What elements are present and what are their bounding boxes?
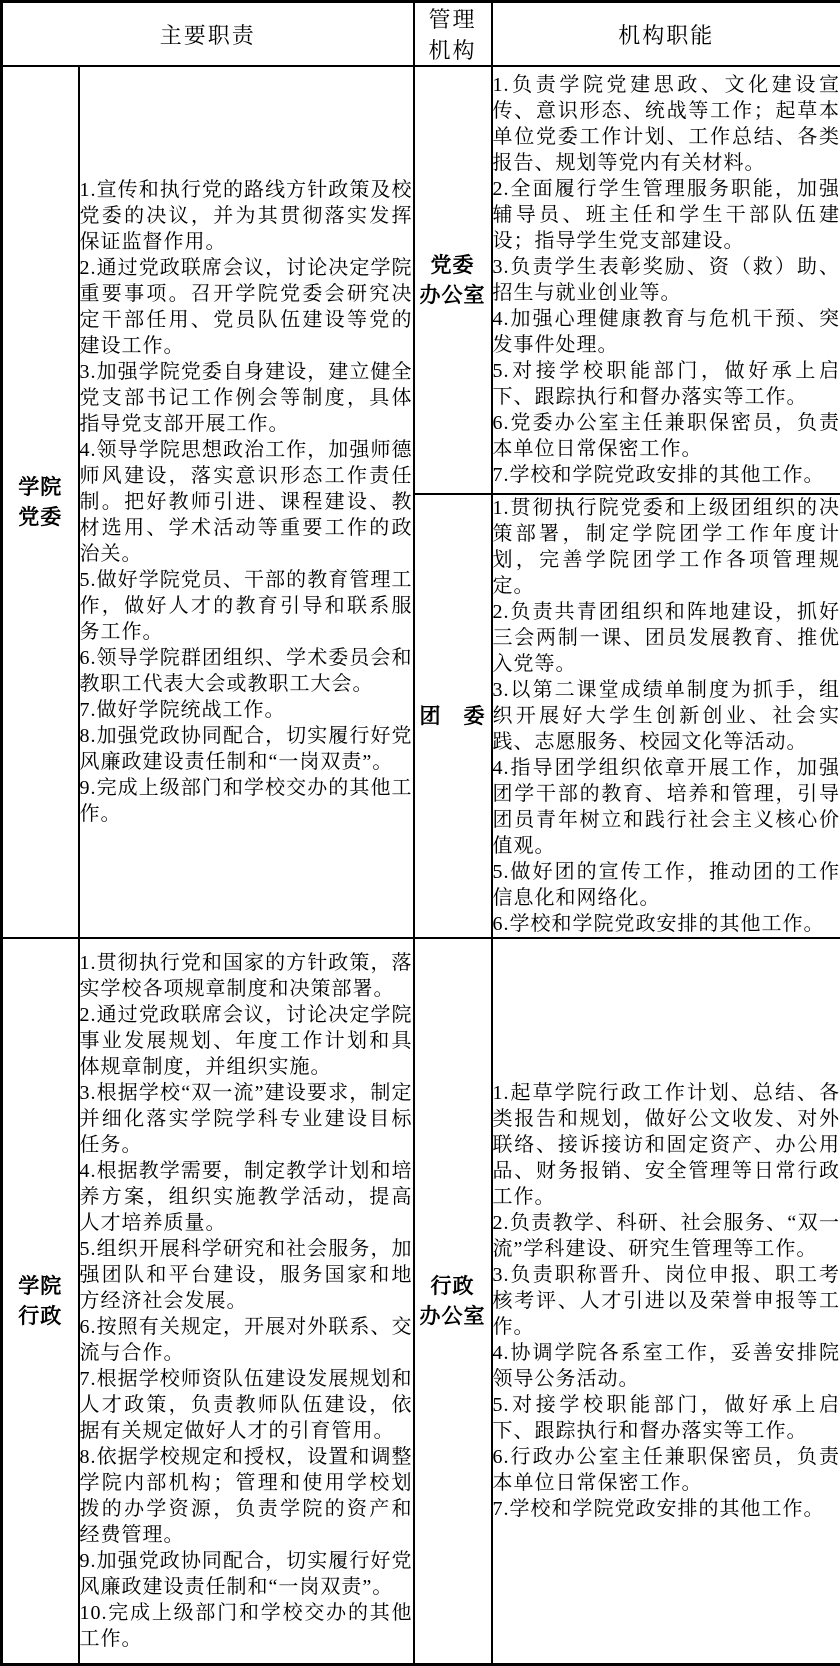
list-item: 8.加强党政协同配合，切实履行好党风廉政建设责任制和“一岗双责”。 <box>80 723 413 775</box>
list-item: 3.根据学校“双一流”建设要求，制定并细化落实学院学科专业建设目标任务。 <box>80 1080 413 1158</box>
document-page: 主要职责 管理 机构 机构职能 学院 党委 1.宣传和执行党的路线方针政策及校党… <box>0 0 840 1630</box>
functions-list-admin-office: 1.起草学院行政工作计划、总结、各类报告和规划，做好公文收发、对外联络、接诉接访… <box>493 1080 840 1522</box>
list-item: 6.领导学院群团组织、学术委员会和教职工代表大会或教职工大会。 <box>80 645 413 697</box>
list-item: 9.加强党政协同配合，切实履行好党风廉政建设责任制和“一岗双责”。 <box>80 1548 413 1600</box>
duties-college-party-committee: 1.宣传和执行党的路线方针政策及校党委的决议，并为其贯彻落实发挥保证监督作用。2… <box>79 66 414 938</box>
list-item: 1.宣传和执行党的路线方针政策及校党委的决议，并为其贯彻落实发挥保证监督作用。 <box>80 177 413 255</box>
list-item: 8.依据学校规定和授权，设置和调整学院内部机构；管理和使用学校划拨的办学资源，负… <box>80 1444 413 1548</box>
list-item: 2.全面履行学生管理服务职能，加强辅导员、班主任和学生干部队伍建设；指导学生党支… <box>493 176 840 254</box>
functions-party-committee-office: 1.负责学院党建思政、文化建设宣传、意识形态、统战等工作；起草本单位党委工作计划… <box>492 66 840 494</box>
list-item: 5.对接学校职能部门，做好承上启下、跟踪执行和督办落实等工作。 <box>493 1392 840 1444</box>
header-management-org: 管理 机构 <box>414 2 492 67</box>
list-item: 3.负责学生表彰奖励、资（救）助、招生与就业创业等。 <box>493 254 840 306</box>
list-item: 2.负责共青团组织和阵地建设，抓好三会两制一课、团员发展教育、推优入党等。 <box>493 599 840 677</box>
unit-label-college-administration: 学院 行政 <box>2 938 79 1664</box>
list-item: 6.学校和学院党政安排的其他工作。 <box>493 911 840 937</box>
duties-college-administration: 1.贯彻执行党和国家的方针政策，落实学校各项规章制度和决策部署。2.通过党政联席… <box>79 938 414 1664</box>
list-item: 2.负责教学、科研、社会服务、“双一流”学科建设、研究生管理等工作。 <box>493 1210 840 1262</box>
list-item: 4.协调学院各系室工作，妥善安排院领导公务活动。 <box>493 1340 840 1392</box>
list-item: 4.根据教学需要，制定教学计划和培养方案，组织实施教学活动，提高人才培养质量。 <box>80 1158 413 1236</box>
functions-list-youth-league: 1.贯彻执行院党委和上级团组织的决策部署，制定学院团学工作年度计划，完善学院团学… <box>493 495 840 937</box>
org-label-party-committee-office: 党委 办公室 <box>414 66 492 494</box>
list-item: 1.贯彻执行党和国家的方针政策，落实学校各项规章制度和决策部署。 <box>80 950 413 1002</box>
list-item: 7.做好学院统战工作。 <box>80 697 413 723</box>
list-item: 1.负责学院党建思政、文化建设宣传、意识形态、统战等工作；起草本单位党委工作计划… <box>493 72 840 176</box>
list-item: 9.完成上级部门和学校交办的其他工作。 <box>80 775 413 827</box>
functions-list-party-office: 1.负责学院党建思政、文化建设宣传、意识形态、统战等工作；起草本单位党委工作计划… <box>493 72 840 488</box>
org-duties-table: 主要职责 管理 机构 机构职能 学院 党委 1.宣传和执行党的路线方针政策及校党… <box>0 0 840 1666</box>
duties-list-admin: 1.贯彻执行党和国家的方针政策，落实学校各项规章制度和决策部署。2.通过党政联席… <box>80 950 413 1652</box>
org-label-youth-league-committee: 团 委 <box>414 494 492 938</box>
unit-label-college-party-committee: 学院 党委 <box>2 66 79 938</box>
list-item: 7.学校和学院党政安排的其他工作。 <box>493 1496 840 1522</box>
list-item: 1.起草学院行政工作计划、总结、各类报告和规划，做好公文收发、对外联络、接诉接访… <box>493 1080 840 1210</box>
row-party-office: 学院 党委 1.宣传和执行党的路线方针政策及校党委的决议，并为其贯彻落实发挥保证… <box>2 66 840 494</box>
row-admin-office: 学院 行政 1.贯彻执行党和国家的方针政策，落实学校各项规章制度和决策部署。2.… <box>2 938 840 1664</box>
list-item: 6.党委办公室主任兼职保密员，负责本单位日常保密工作。 <box>493 410 840 462</box>
list-item: 2.通过党政联席会议，讨论决定学院重要事项。召开学院党委会研究决定干部任用、党员… <box>80 255 413 359</box>
list-item: 6.按照有关规定，开展对外联系、交流与合作。 <box>80 1314 413 1366</box>
table-header-row: 主要职责 管理 机构 机构职能 <box>2 2 840 67</box>
header-org-functions: 机构职能 <box>492 2 840 67</box>
list-item: 2.通过党政联席会议，讨论决定学院事业发展规划、年度工作计划和具体规章制度，并组… <box>80 1002 413 1080</box>
list-item: 4.指导团学组织依章开展工作，加强团学干部的教育、培养和管理，引导团员青年树立和… <box>493 755 840 859</box>
list-item: 10.完成上级部门和学校交办的其他工作。 <box>80 1600 413 1652</box>
list-item: 4.加强心理健康教育与危机干预、突发事件处理。 <box>493 306 840 358</box>
list-item: 5.对接学校职能部门，做好承上启下、跟踪执行和督办落实等工作。 <box>493 358 840 410</box>
duties-list-party: 1.宣传和执行党的路线方针政策及校党委的决议，并为其贯彻落实发挥保证监督作用。2… <box>80 177 413 827</box>
list-item: 5.做好团的宣传工作，推动团的工作信息化和网络化。 <box>493 859 840 911</box>
list-item: 7.学校和学院党政安排的其他工作。 <box>493 462 840 488</box>
list-item: 3.以第二课堂成绩单制度为抓手，组织开展好大学生创新创业、社会实践、志愿服务、校… <box>493 677 840 755</box>
list-item: 3.加强学院党委自身建设，建立健全党支部书记工作例会等制度，具体指导党支部开展工… <box>80 359 413 437</box>
list-item: 3.负责职称晋升、岗位申报、职工考核考评、人才引进以及荣誉申报等工作。 <box>493 1262 840 1340</box>
org-label-admin-office: 行政 办公室 <box>414 938 492 1664</box>
functions-youth-league-committee: 1.贯彻执行院党委和上级团组织的决策部署，制定学院团学工作年度计划，完善学院团学… <box>492 494 840 938</box>
list-item: 6.行政办公室主任兼职保密员，负责本单位日常保密工作。 <box>493 1444 840 1496</box>
list-item: 4.领导学院思想政治工作，加强师德师风建设，落实意识形态工作责任制。把好教师引进… <box>80 437 413 567</box>
functions-admin-office: 1.起草学院行政工作计划、总结、各类报告和规划，做好公文收发、对外联络、接诉接访… <box>492 938 840 1664</box>
header-main-duties: 主要职责 <box>2 2 414 67</box>
list-item: 5.组织开展科学研究和社会服务，加强团队和平台建设，服务国家和地方经济社会发展。 <box>80 1236 413 1314</box>
list-item: 7.根据学校师资队伍建设发展规划和人才政策，负责教师队伍建设，依据有关规定做好人… <box>80 1366 413 1444</box>
list-item: 5.做好学院党员、干部的教育管理工作，做好人才的教育引导和联系服务工作。 <box>80 567 413 645</box>
list-item: 1.贯彻执行院党委和上级团组织的决策部署，制定学院团学工作年度计划，完善学院团学… <box>493 495 840 599</box>
